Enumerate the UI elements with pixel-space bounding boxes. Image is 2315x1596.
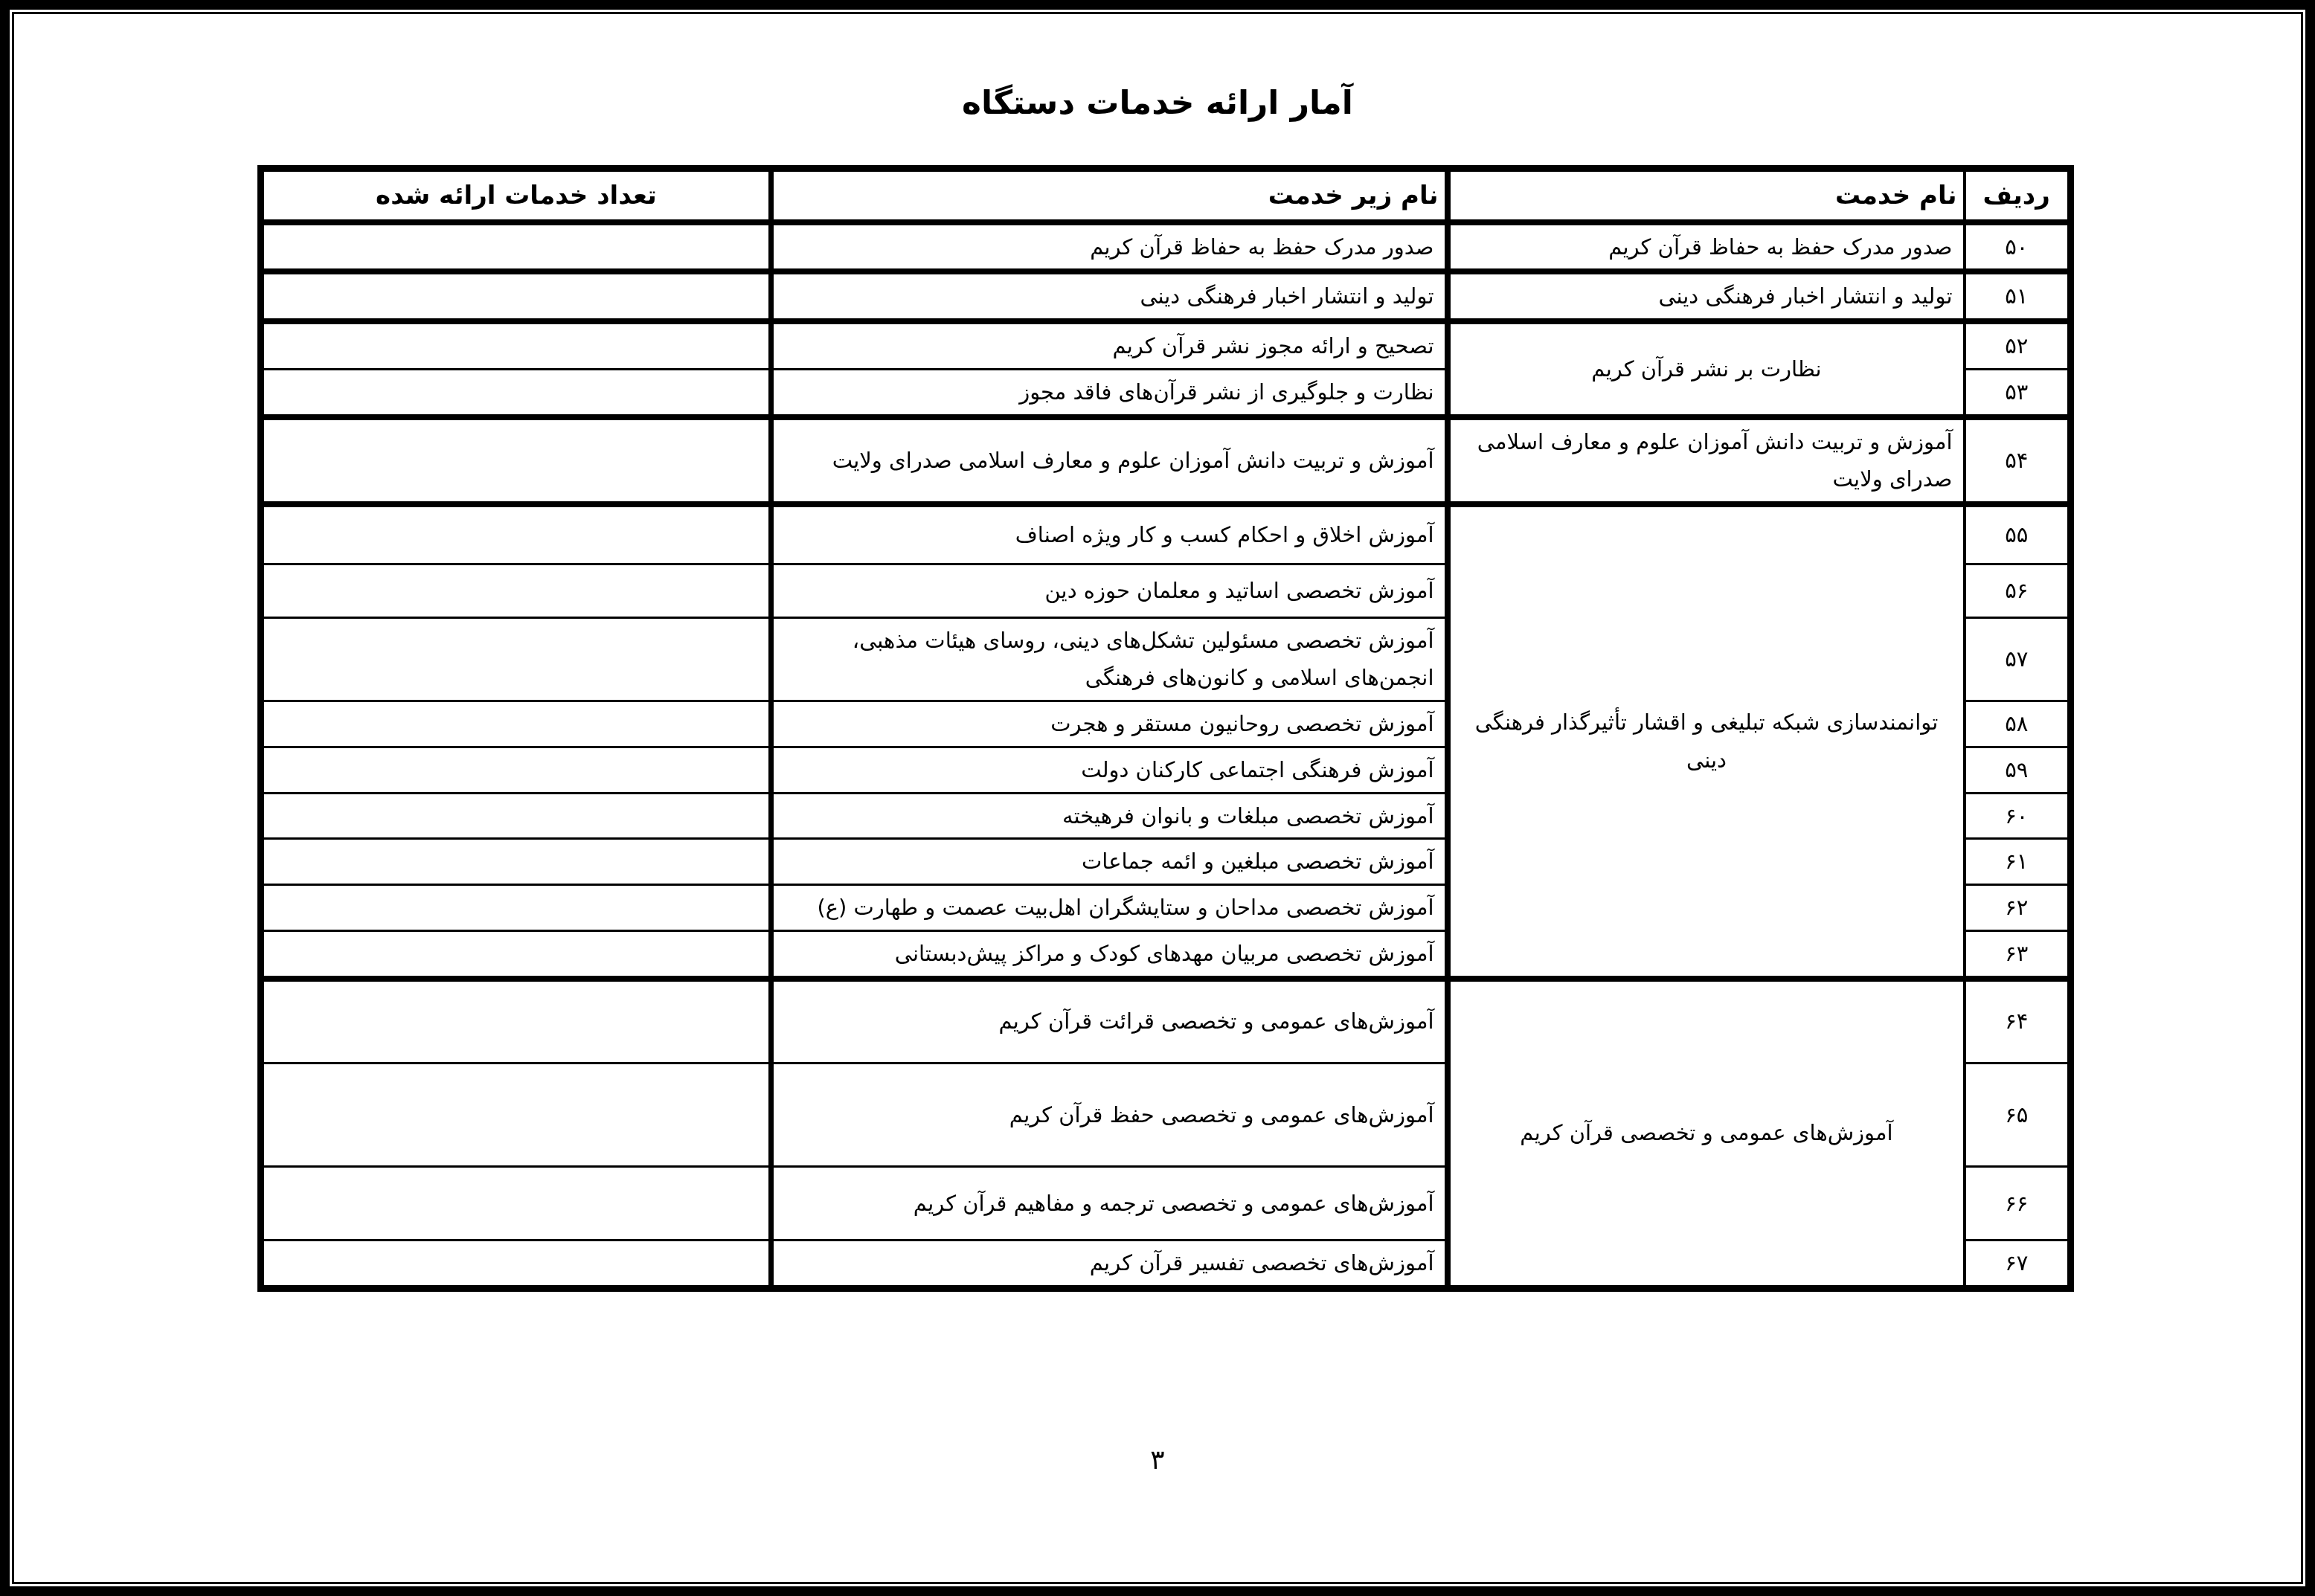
row-number-cell: ۶۱ <box>1965 839 2071 885</box>
page-title: آمار ارائه خدمات دستگاه <box>10 84 2305 122</box>
sub-service-name-cell: تولید و انتشار اخبار فرهنگی دینی <box>771 271 1448 321</box>
sub-service-name-cell: آموزش تخصصی مسئولین تشکل‌های دینی، روسای… <box>771 617 1448 701</box>
table-row: ۵۴ آموزش و تربیت دانش آموزان علوم و معار… <box>261 417 2071 505</box>
sub-service-name-cell: آموزش‌های عمومی و تخصصی ترجمه و مفاهیم ق… <box>771 1167 1448 1241</box>
sub-service-name-cell: آموزش تخصصی روحانیون مستقر و هجرت <box>771 701 1448 747</box>
service-name-cell: تولید و انتشار اخبار فرهنگی دینی <box>1448 271 1965 321</box>
document-page: آمار ارائه خدمات دستگاه ردیف نام خدمت نا… <box>0 0 2315 1596</box>
row-number-cell: ۶۷ <box>1965 1241 2071 1289</box>
count-cell <box>261 930 771 978</box>
sub-service-name-cell: نظارت و جلوگیری از نشر قرآن‌های فاقد مجو… <box>771 369 1448 416</box>
sub-service-name-cell: آموزش اخلاق و احکام کسب و کار ویژه اصناف <box>771 504 1448 564</box>
count-cell <box>261 222 771 272</box>
row-number-cell: ۵۵ <box>1965 504 2071 564</box>
table-row: ۵۲ نظارت بر نشر قرآن کریم تصحیح و ارائه … <box>261 321 2071 369</box>
count-cell <box>261 321 771 369</box>
sub-service-name-cell: صدور مدرک حفظ به حفاظ قرآن کریم <box>771 222 1448 272</box>
row-number-cell: ۵۱ <box>1965 271 2071 321</box>
count-cell <box>261 979 771 1064</box>
row-number-cell: ۶۵ <box>1965 1064 2071 1167</box>
service-name-cell: آموزش و تربیت دانش آموزان علوم و معارف ا… <box>1448 417 1965 505</box>
sub-service-name-cell: آموزش‌های عمومی و تخصصی حفظ قرآن کریم <box>771 1064 1448 1167</box>
count-cell <box>261 793 771 839</box>
count-cell <box>261 1167 771 1241</box>
service-name-cell: صدور مدرک حفظ به حفاظ قرآن کریم <box>1448 222 1965 272</box>
row-number-cell: ۶۴ <box>1965 979 2071 1064</box>
count-cell <box>261 617 771 701</box>
row-number-cell: ۵۴ <box>1965 417 2071 505</box>
page-number: ۳ <box>10 1445 2305 1476</box>
count-cell <box>261 564 771 617</box>
count-cell <box>261 369 771 416</box>
header-count: تعداد خدمات ارائه شده <box>261 169 771 222</box>
table-header-row: ردیف نام خدمت نام زیر خدمت تعداد خدمات ا… <box>261 169 2071 222</box>
count-cell <box>261 747 771 793</box>
count-cell <box>261 1064 771 1167</box>
count-cell <box>261 1241 771 1289</box>
count-cell <box>261 504 771 564</box>
row-number-cell: ۶۶ <box>1965 1167 2071 1241</box>
row-number-cell: ۵۷ <box>1965 617 2071 701</box>
table-row: ۶۴ آموزش‌های عمومی و تخصصی قرآن کریم آمو… <box>261 979 2071 1064</box>
row-number-cell: ۵۹ <box>1965 747 2071 793</box>
table-row: ۵۵ توانمندسازی شبکه تبلیغی و اقشار تأثیر… <box>261 504 2071 564</box>
count-cell <box>261 885 771 931</box>
sub-service-name-cell: آموزش‌های عمومی و تخصصی قرائت قرآن کریم <box>771 979 1448 1064</box>
count-cell <box>261 701 771 747</box>
sub-service-name-cell: آموزش تخصصی مبلغات و بانوان فرهیخته <box>771 793 1448 839</box>
row-number-cell: ۶۳ <box>1965 930 2071 978</box>
header-service-name: نام خدمت <box>1448 169 1965 222</box>
row-number-cell: ۵۸ <box>1965 701 2071 747</box>
table-row: ۵۰ صدور مدرک حفظ به حفاظ قرآن کریم صدور … <box>261 222 2071 272</box>
services-table: ردیف نام خدمت نام زیر خدمت تعداد خدمات ا… <box>257 165 2074 1292</box>
service-name-cell: نظارت بر نشر قرآن کریم <box>1448 321 1965 417</box>
row-number-cell: ۵۰ <box>1965 222 2071 272</box>
sub-service-name-cell: تصحیح و ارائه مجوز نشر قرآن کریم <box>771 321 1448 369</box>
header-sub-service-name: نام زیر خدمت <box>771 169 1448 222</box>
sub-service-name-cell: آموزش و تربیت دانش آموزان علوم و معارف ا… <box>771 417 1448 505</box>
sub-service-name-cell: آموزش‌های تخصصی تفسیر قرآن کریم <box>771 1241 1448 1289</box>
sub-service-name-cell: آموزش تخصصی مربیان مهدهای کودک و مراکز پ… <box>771 930 1448 978</box>
row-number-cell: ۵۶ <box>1965 564 2071 617</box>
sub-service-name-cell: آموزش فرهنگی اجتماعی کارکنان دولت <box>771 747 1448 793</box>
row-number-cell: ۶۲ <box>1965 885 2071 931</box>
row-number-cell: ۵۲ <box>1965 321 2071 369</box>
count-cell <box>261 839 771 885</box>
count-cell <box>261 271 771 321</box>
service-name-cell: آموزش‌های عمومی و تخصصی قرآن کریم <box>1448 979 1965 1289</box>
sub-service-name-cell: آموزش تخصصی مبلغین و ائمه جماعات <box>771 839 1448 885</box>
sub-service-name-cell: آموزش تخصصی مداحان و ستایشگران اهل‌بیت ع… <box>771 885 1448 931</box>
row-number-cell: ۵۳ <box>1965 369 2071 416</box>
row-number-cell: ۶۰ <box>1965 793 2071 839</box>
header-row-number: ردیف <box>1965 169 2071 222</box>
service-name-cell: توانمندسازی شبکه تبلیغی و اقشار تأثیرگذا… <box>1448 504 1965 979</box>
table-row: ۵۱ تولید و انتشار اخبار فرهنگی دینی تولی… <box>261 271 2071 321</box>
sub-service-name-cell: آموزش تخصصی اساتید و معلمان حوزه دین <box>771 564 1448 617</box>
count-cell <box>261 417 771 505</box>
